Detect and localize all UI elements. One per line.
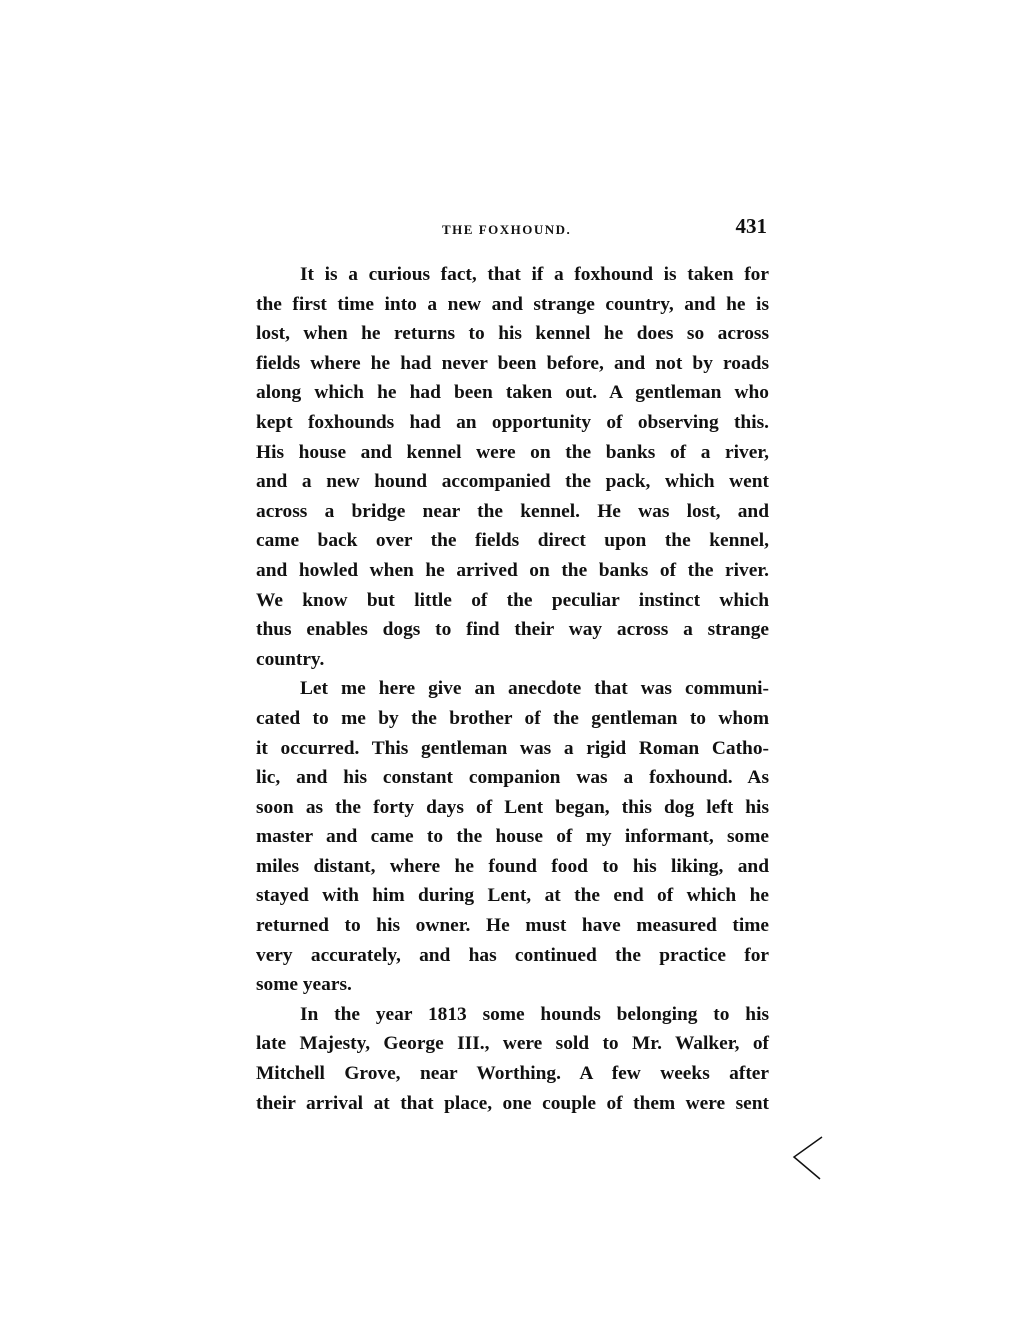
text-line: thus enables dogs to find their way acro… bbox=[256, 615, 769, 645]
text-line: country. bbox=[256, 645, 769, 675]
page-header: THE FOXHOUND. 431 bbox=[296, 214, 771, 244]
text-line: it occurred. This gentleman was a rigid … bbox=[256, 734, 769, 764]
text-line: returned to his owner. He must have meas… bbox=[256, 911, 769, 941]
body-text: It is a curious fact, that if a foxhound… bbox=[256, 260, 769, 1118]
paragraph-3: In the year 1813 some hounds belonging t… bbox=[256, 1000, 769, 1118]
paragraph-1: It is a curious fact, that if a foxhound… bbox=[256, 260, 769, 674]
text-line: came back over the fields direct upon th… bbox=[256, 526, 769, 556]
text-line: It is a curious fact, that if a foxhound… bbox=[256, 260, 769, 290]
text-line: We know but little of the peculiar insti… bbox=[256, 586, 769, 616]
text-line: master and came to the house of my infor… bbox=[256, 822, 769, 852]
text-line: and a new hound accompanied the pack, wh… bbox=[256, 467, 769, 497]
text-line: In the year 1813 some hounds belonging t… bbox=[256, 1000, 769, 1030]
text-line: Mitchell Grove, near Worthing. A few wee… bbox=[256, 1059, 769, 1089]
text-line: miles distant, where he found food to hi… bbox=[256, 852, 769, 882]
text-line: fields where he had never been before, a… bbox=[256, 349, 769, 379]
text-line: some years. bbox=[256, 970, 769, 1000]
text-line: their arrival at that place, one couple … bbox=[256, 1089, 769, 1119]
text-line: across a bridge near the kennel. He was … bbox=[256, 497, 769, 527]
text-line: cated to me by the brother of the gentle… bbox=[256, 704, 769, 734]
text-line: and howled when he arrived on the banks … bbox=[256, 556, 769, 586]
text-line: soon as the forty days of Lent began, th… bbox=[256, 793, 769, 823]
text-line: His house and kennel were on the banks o… bbox=[256, 438, 769, 468]
paragraph-2: Let me here give an anecdote that was co… bbox=[256, 674, 769, 1000]
text-line: lost, when he returns to his kennel he d… bbox=[256, 319, 769, 349]
text-line: late Majesty, George III., were sold to … bbox=[256, 1029, 769, 1059]
text-line: along which he had been taken out. A gen… bbox=[256, 378, 769, 408]
text-line: very accurately, and has continued the p… bbox=[256, 941, 769, 971]
margin-mark-icon bbox=[790, 1135, 826, 1181]
text-line: kept foxhounds had an opportunity of obs… bbox=[256, 408, 769, 438]
text-line: lic, and his constant companion was a fo… bbox=[256, 763, 769, 793]
running-title: THE FOXHOUND. bbox=[442, 222, 571, 238]
text-line: the first time into a new and strange co… bbox=[256, 290, 769, 320]
text-line: Let me here give an anecdote that was co… bbox=[256, 674, 769, 704]
text-line: stayed with him during Lent, at the end … bbox=[256, 881, 769, 911]
page-number: 431 bbox=[736, 214, 768, 239]
